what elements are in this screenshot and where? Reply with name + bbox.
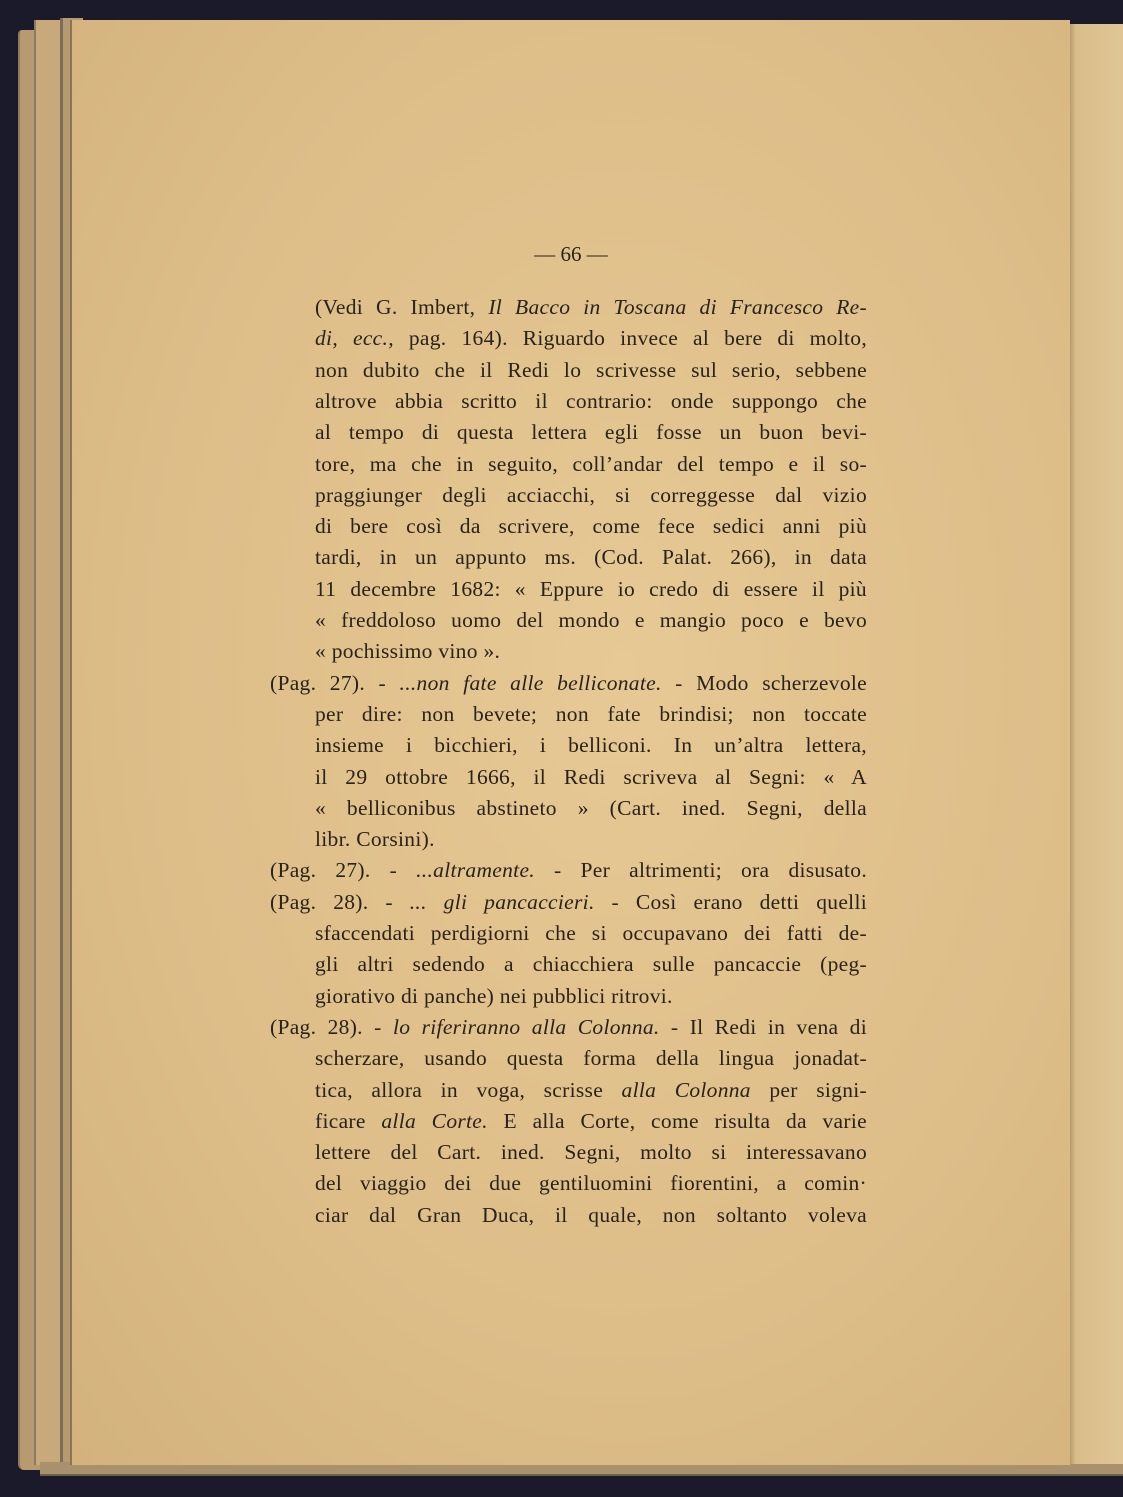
text-line: non dubito che il Redi lo scrivesse sul … xyxy=(315,355,867,385)
text-line: altrove abbia scritto il contrario: onde… xyxy=(315,386,867,416)
facing-page xyxy=(1068,24,1123,1464)
text-line: tardi, in un appunto ms. (Cod. Palat. 26… xyxy=(315,542,867,572)
text-line: praggiunger degli acciacchi, si corregge… xyxy=(315,480,867,510)
text-line: giorativo di panche) nei pubblici ritrov… xyxy=(315,981,867,1011)
text-line: al tempo di questa lettera egli fosse un… xyxy=(315,417,867,447)
text-line: scherzare, usando questa forma della lin… xyxy=(315,1043,867,1073)
text-line: gli altri sedendo a chiacchiera sulle pa… xyxy=(315,949,867,979)
note-entry-line: (Pag. 28). - lo riferiranno alla Colonna… xyxy=(270,1012,867,1042)
text-line: tica, allora in voga, scrisse alla Colon… xyxy=(315,1075,867,1105)
text-line: « belliconibus abstineto » (Cart. ined. … xyxy=(315,793,867,823)
text-line: sfaccendati perdigiorni che si occupavan… xyxy=(315,918,867,948)
text-line: del viaggio dei due gentiluomini fiorent… xyxy=(315,1168,867,1198)
text-line: « pochissimo vino ». xyxy=(315,636,867,666)
book-page: — 66 — (Vedi G. Imbert, Il Bacco in Tosc… xyxy=(70,20,1070,1465)
text-line: tore, ma che in seguito, coll’andar del … xyxy=(315,449,867,479)
text-line: libr. Corsini). xyxy=(315,824,867,854)
text-line: (Vedi G. Imbert, Il Bacco in Toscana di … xyxy=(315,292,867,322)
text-line: di, ecc., pag. 164). Riguardo invece al … xyxy=(315,323,867,353)
note-entry-line: (Pag. 27). - ...altramente. - Per altrim… xyxy=(270,855,867,885)
note-entry-line: (Pag. 28). - ... gli pancaccieri. - Così… xyxy=(270,887,867,917)
page-body-text: (Vedi G. Imbert, Il Bacco in Toscana di … xyxy=(72,20,1070,1465)
text-line: ciar dal Gran Duca, il quale, non soltan… xyxy=(315,1200,867,1230)
text-line: « freddoloso uomo del mondo e mangio poc… xyxy=(315,605,867,635)
text-line: insieme i bicchieri, i belliconi. In un’… xyxy=(315,730,867,760)
text-line: il 29 ottobre 1666, il Redi scriveva al … xyxy=(315,762,867,792)
text-line: ficare alla Corte. E alla Corte, come ri… xyxy=(315,1106,867,1136)
text-line: lettere del Cart. ined. Segni, molto si … xyxy=(315,1137,867,1167)
text-line: per dire: non bevete; non fate brindisi;… xyxy=(315,699,867,729)
text-line: di bere così da scrivere, come fece sedi… xyxy=(315,511,867,541)
note-entry-line: (Pag. 27). - ...non fate alle belliconat… xyxy=(270,668,867,698)
text-line: 11 decembre 1682: « Eppure io credo di e… xyxy=(315,574,867,604)
